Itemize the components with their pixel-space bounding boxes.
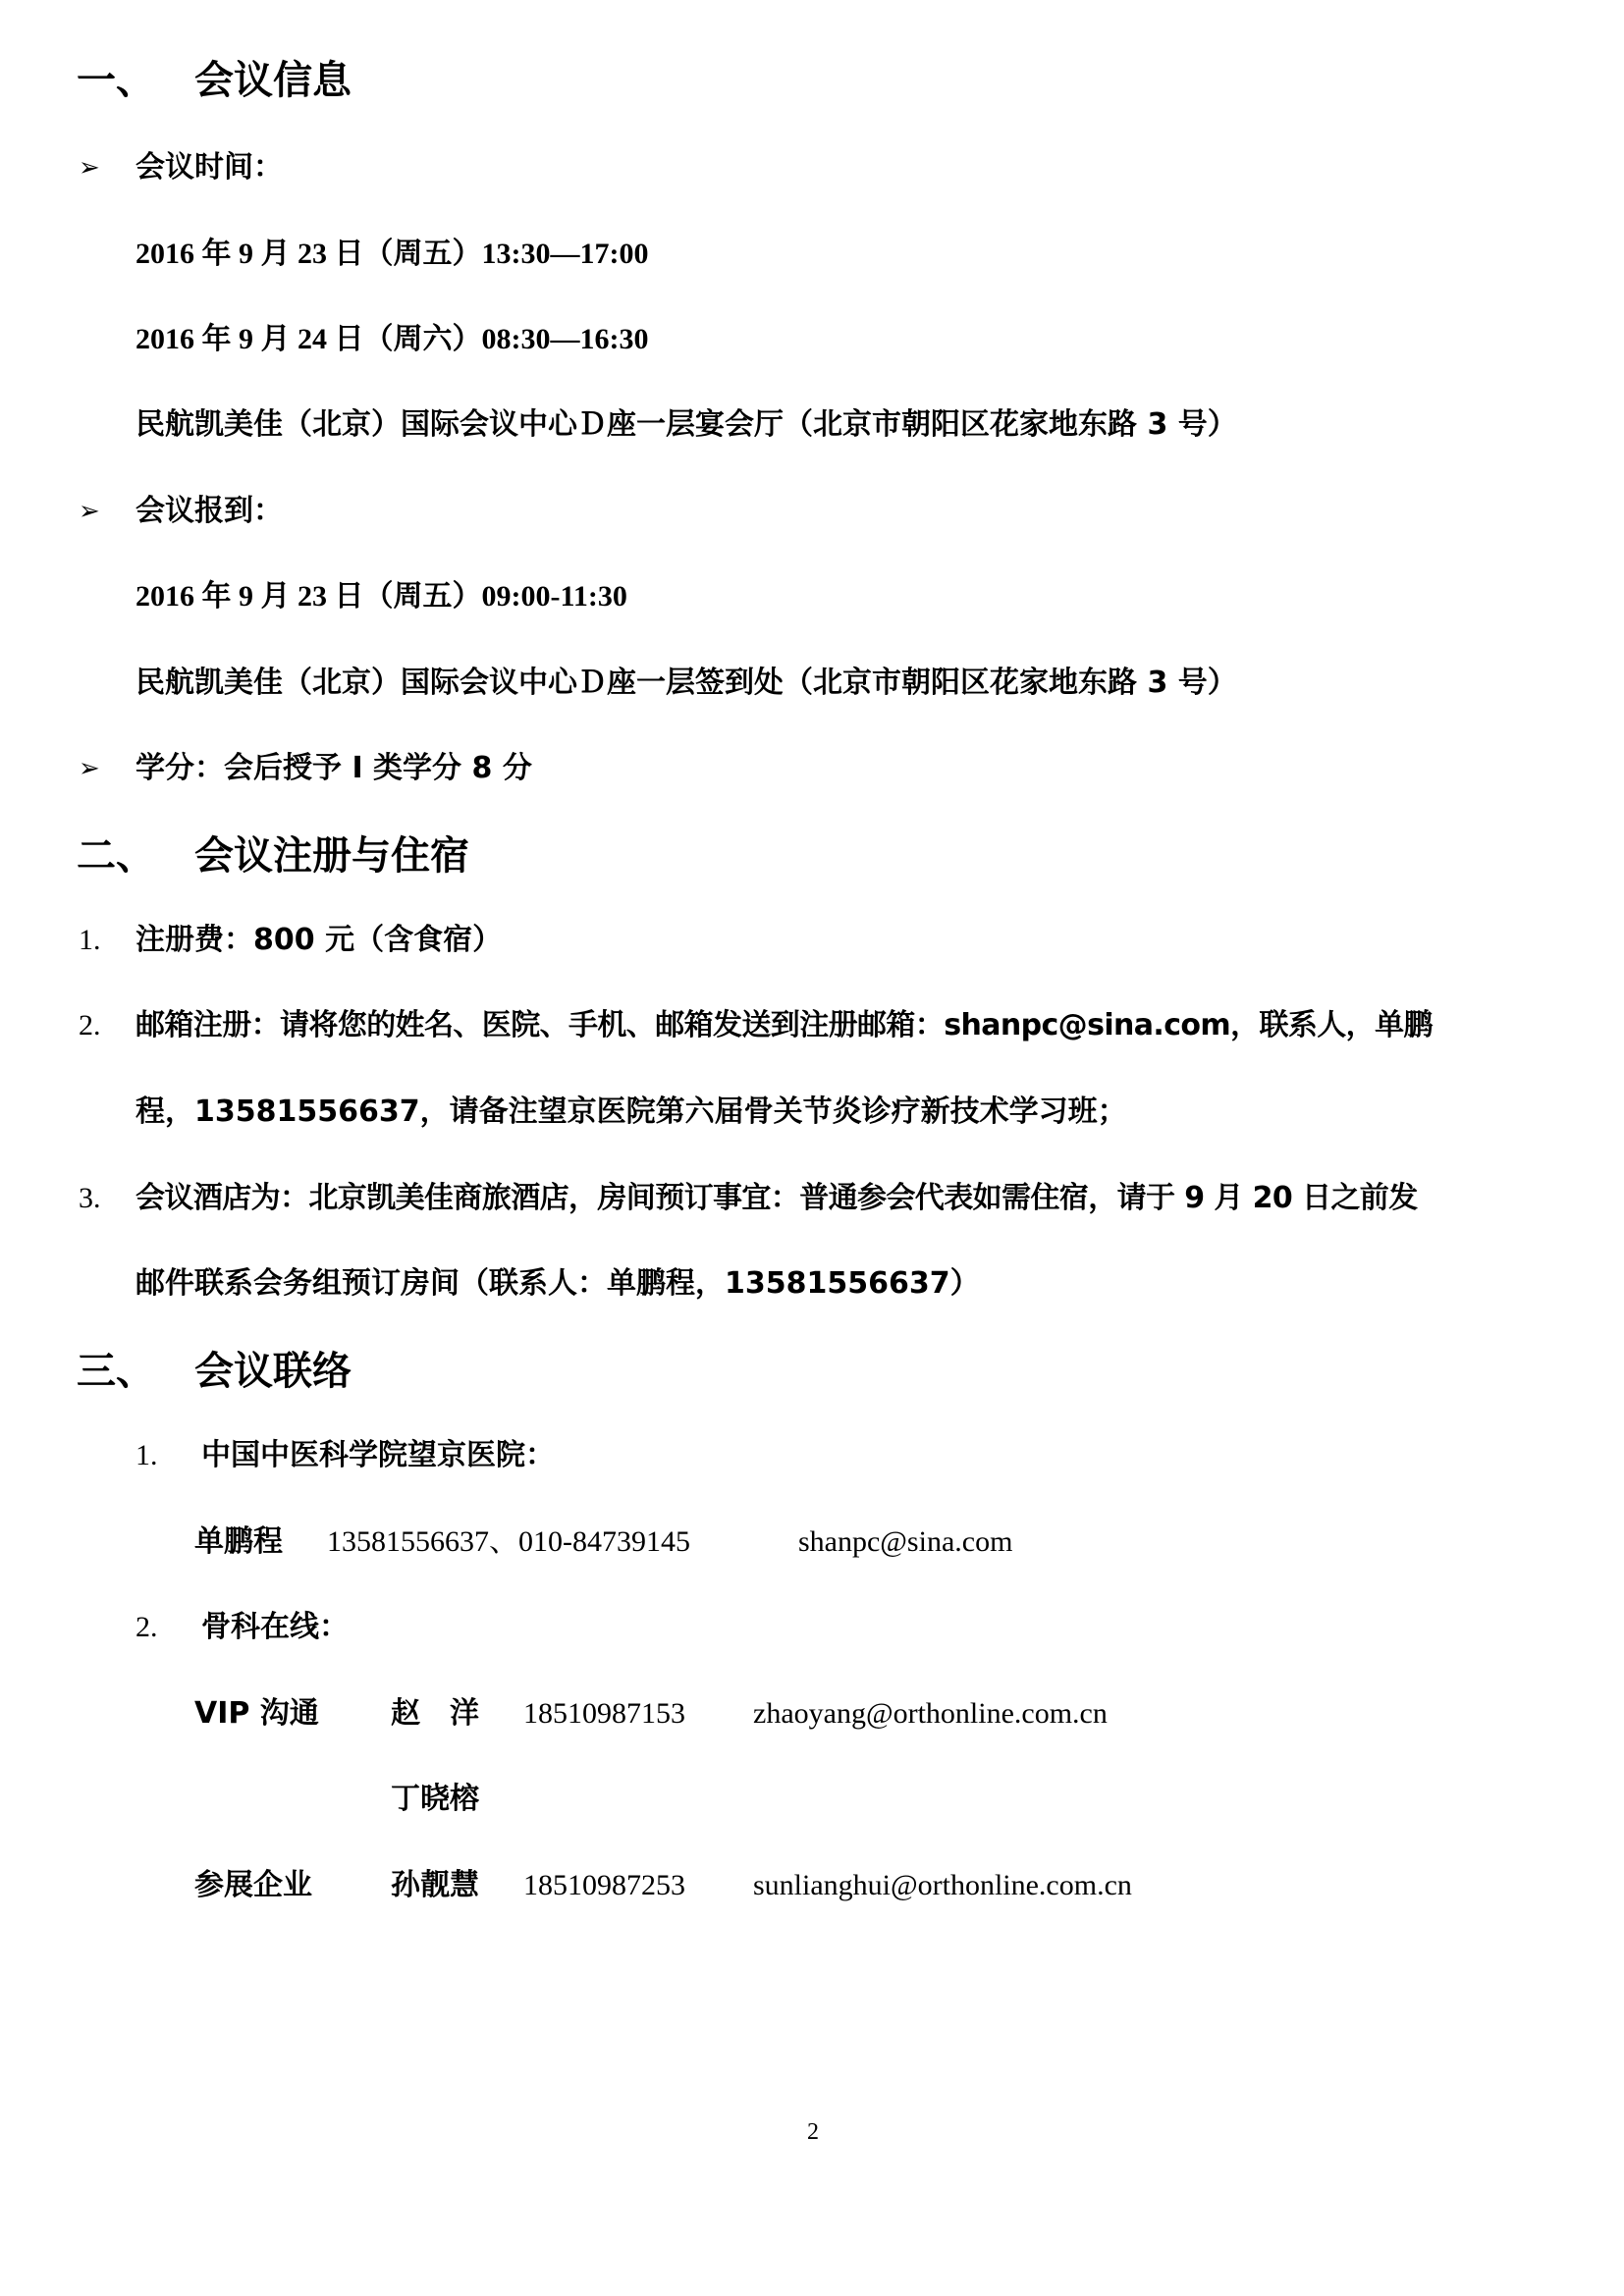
contact-phone: 13581556637、010-84739145: [327, 1527, 690, 1557]
org-orthonline: 骨科在线：: [201, 1613, 349, 1642]
meeting-time-line-1: 2016 年 9 月 23 日（周五）13:30—17:00: [135, 240, 648, 269]
section-1-title: 会议信息: [194, 61, 352, 100]
org-wangjing-hospital: 中国中医科学院望京医院：: [201, 1441, 555, 1470]
page-number: 2: [807, 2120, 819, 2144]
section-2-title: 会议注册与住宿: [194, 836, 469, 876]
bullet-arrow-icon: ➢: [79, 155, 100, 181]
contact-email[interactable]: sunlianghui@orthonline.com.cn: [753, 1871, 1132, 1900]
checkin-time: 2016 年 9 月 23 日（周五）09:00-11:30: [135, 582, 627, 612]
section-2-number: 二、: [77, 836, 155, 876]
hotel-info-line-2: 邮件联系会务组预订房间（联系人：单鹏程，13581556637）: [135, 1269, 980, 1299]
contact-role: VIP 沟通: [194, 1699, 319, 1729]
bullet-arrow-icon: ➢: [79, 499, 100, 524]
contact-name: 丁晓榕: [391, 1785, 479, 1814]
bullet-arrow-icon: ➢: [79, 756, 100, 781]
meeting-venue: 民航凯美佳（北京）国际会议中心Ｄ座一层宴会厅（北京市朝阳区花家地东路 3 号）: [135, 410, 1237, 440]
email-registration-line-1: 邮箱注册：请将您的姓名、医院、手机、邮箱发送到注册邮箱：shanpc@sina.…: [135, 1011, 1433, 1041]
list-number: 1.: [79, 926, 101, 955]
contact-name: 赵 洋: [391, 1699, 479, 1729]
contact-email[interactable]: shanpc@sina.com: [798, 1527, 1012, 1557]
hotel-info-line-1: 会议酒店为：北京凯美佳商旅酒店，房间预订事宜：普通参会代表如需住宿，请于 9 月…: [135, 1184, 1418, 1213]
contact-name: 孙靓慧: [391, 1871, 479, 1900]
contact-email[interactable]: zhaoyang@orthonline.com.cn: [753, 1699, 1108, 1729]
email-registration-line-2: 程，13581556637，请备注望京医院第六届骨关节炎诊疗新技术学习班；: [135, 1097, 1127, 1127]
contact-name: 单鹏程: [194, 1527, 283, 1557]
section-3-title: 会议联络: [194, 1352, 352, 1391]
contact-phone: 18510987253: [523, 1871, 685, 1900]
meeting-time-label: 会议时间：: [135, 153, 283, 183]
registration-fee: 注册费：800 元（含食宿）: [135, 926, 502, 955]
credit-info: 学分：会后授予 I 类学分 8 分: [135, 754, 532, 783]
list-number: 2.: [135, 1613, 158, 1642]
contact-phone: 18510987153: [523, 1699, 685, 1729]
list-number: 3.: [79, 1184, 101, 1213]
checkin-label: 会议报到：: [135, 497, 283, 526]
contact-role: 参展企业: [194, 1871, 312, 1900]
list-number: 2.: [79, 1011, 101, 1041]
section-3-number: 三、: [77, 1352, 155, 1391]
list-number: 1.: [135, 1441, 158, 1470]
checkin-venue: 民航凯美佳（北京）国际会议中心Ｄ座一层签到处（北京市朝阳区花家地东路 3 号）: [135, 668, 1237, 698]
meeting-time-line-2: 2016 年 9 月 24 日（周六）08:30—16:30: [135, 325, 648, 354]
section-1-number: 一、: [77, 61, 155, 100]
